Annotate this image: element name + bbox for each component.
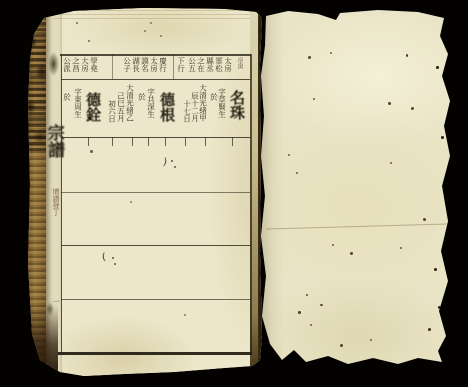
- entry-detail-column: 字東周生: [74, 88, 82, 118]
- ink-dot: [114, 263, 116, 265]
- header-column: 下行: [177, 57, 185, 78]
- foxing-speck: [340, 344, 343, 347]
- row-line-1: [61, 137, 250, 138]
- row-line-4: [61, 299, 250, 300]
- edge-speck: [441, 136, 444, 139]
- table-bottom-border: [58, 352, 252, 355]
- table-right-border: [250, 54, 252, 353]
- column-tick: [185, 137, 186, 146]
- foxing-speck: [390, 162, 392, 164]
- foxing-speck: [310, 324, 312, 326]
- foxing-speck: [160, 35, 162, 37]
- column-tick: [232, 137, 233, 146]
- entry-name-column: 德根: [159, 92, 174, 122]
- foxing-speck: [406, 54, 408, 57]
- book-photo: 宗譜 增譜發丁 一 公派 之昌 大房 學堯 公子 湖長 謨名 太房 慶行 下行: [0, 0, 468, 387]
- header-column: 太房: [224, 57, 232, 78]
- foxing-speck: [370, 339, 372, 341]
- header-underline: [61, 79, 250, 80]
- right-page-blank: [258, 6, 466, 378]
- foxing-speck: [400, 247, 402, 249]
- table-left-border: [61, 54, 62, 353]
- header-column: 大房: [81, 57, 89, 78]
- entry-detail-column: 十七日: [183, 100, 191, 123]
- header-separator-2: [173, 54, 174, 79]
- foxing-speck: [76, 22, 78, 24]
- header-column: 謨名: [141, 57, 149, 78]
- ink-dot: [171, 160, 173, 162]
- header-column: 公派: [63, 57, 71, 78]
- foxing-speck: [350, 252, 353, 255]
- foxing-speck: [88, 40, 90, 42]
- entry-detail-column: 於: [138, 93, 146, 101]
- foxing-speck: [308, 56, 311, 59]
- row-line-2: [61, 192, 250, 193]
- fold-top-smudge: [48, 52, 59, 76]
- foxing-speck: [428, 328, 431, 331]
- row-line-3: [61, 245, 250, 246]
- header-column: 之在: [197, 57, 205, 78]
- table-top-border: [60, 54, 251, 56]
- entry-detail-column: 辰十二月: [191, 92, 199, 122]
- entry-detail-column: 字草賢生: [218, 88, 226, 118]
- foxing-speck: [320, 304, 323, 306]
- foxing-speck: [332, 244, 334, 246]
- column-tick: [165, 137, 166, 146]
- foxing-speck: [130, 201, 132, 203]
- edge-speck: [434, 268, 437, 271]
- entry-detail-column: 於: [210, 93, 218, 101]
- foxing-speck: [313, 98, 315, 100]
- column-tick: [112, 137, 113, 146]
- foxing-speck: [306, 294, 308, 296]
- header-column: 帝奥: [236, 57, 242, 78]
- foxing-speck: [144, 30, 146, 32]
- header-column: 太房: [150, 57, 158, 78]
- header-column: 之昌: [72, 57, 80, 78]
- entry-detail-column: 初六日: [108, 100, 116, 123]
- entry-detail-column: 己巳五月: [117, 92, 125, 122]
- spine-title: 宗譜: [43, 124, 63, 158]
- edge-speck: [438, 306, 441, 309]
- entry-detail-column: 於: [63, 93, 71, 101]
- entry-detail-column: 字共深生: [147, 88, 155, 118]
- header-column: 公子: [123, 57, 131, 78]
- edge-speck: [436, 66, 439, 69]
- column-tick: [205, 137, 206, 146]
- header-separator-1: [112, 54, 113, 79]
- ink-dot: [112, 257, 114, 259]
- foxing-speck: [150, 22, 152, 24]
- header-column: 慶行: [159, 57, 167, 78]
- entry-name-column: 名珠: [229, 90, 244, 120]
- header-column: 軍松: [215, 57, 223, 78]
- column-tick: [148, 137, 149, 146]
- header-column: 縣丞: [206, 57, 214, 78]
- header-column: 湖長: [132, 57, 140, 78]
- foxing-speck: [296, 172, 298, 174]
- foxing-speck: [388, 102, 391, 105]
- header-column: 學堯: [90, 57, 98, 78]
- entry-name-column: 德銓: [85, 92, 100, 122]
- ink-dot: [174, 166, 176, 168]
- page-stack-top-edge: [54, 10, 260, 22]
- column-tick: [88, 137, 89, 146]
- foxing-speck: [90, 150, 93, 153]
- foxing-speck: [288, 154, 290, 156]
- entry-detail-column: 大清光緒甲: [199, 84, 207, 122]
- foxing-speck: [330, 52, 332, 54]
- fold-margin-note: 增譜發丁: [50, 188, 59, 216]
- left-page: 宗譜 增譜發丁 一 公派 之昌 大房 學堯 公子 湖長 謨名 太房 慶行 下行: [24, 4, 264, 378]
- fold-smudge: [46, 302, 54, 316]
- foxing-speck: [411, 107, 414, 110]
- foxing-speck: [298, 311, 301, 314]
- column-tick: [132, 137, 133, 146]
- entry-detail-column: 大清光緒乙: [126, 84, 134, 122]
- foxing-speck: [423, 218, 426, 221]
- foxing-speck: [184, 314, 186, 316]
- header-column: 公五: [188, 57, 196, 78]
